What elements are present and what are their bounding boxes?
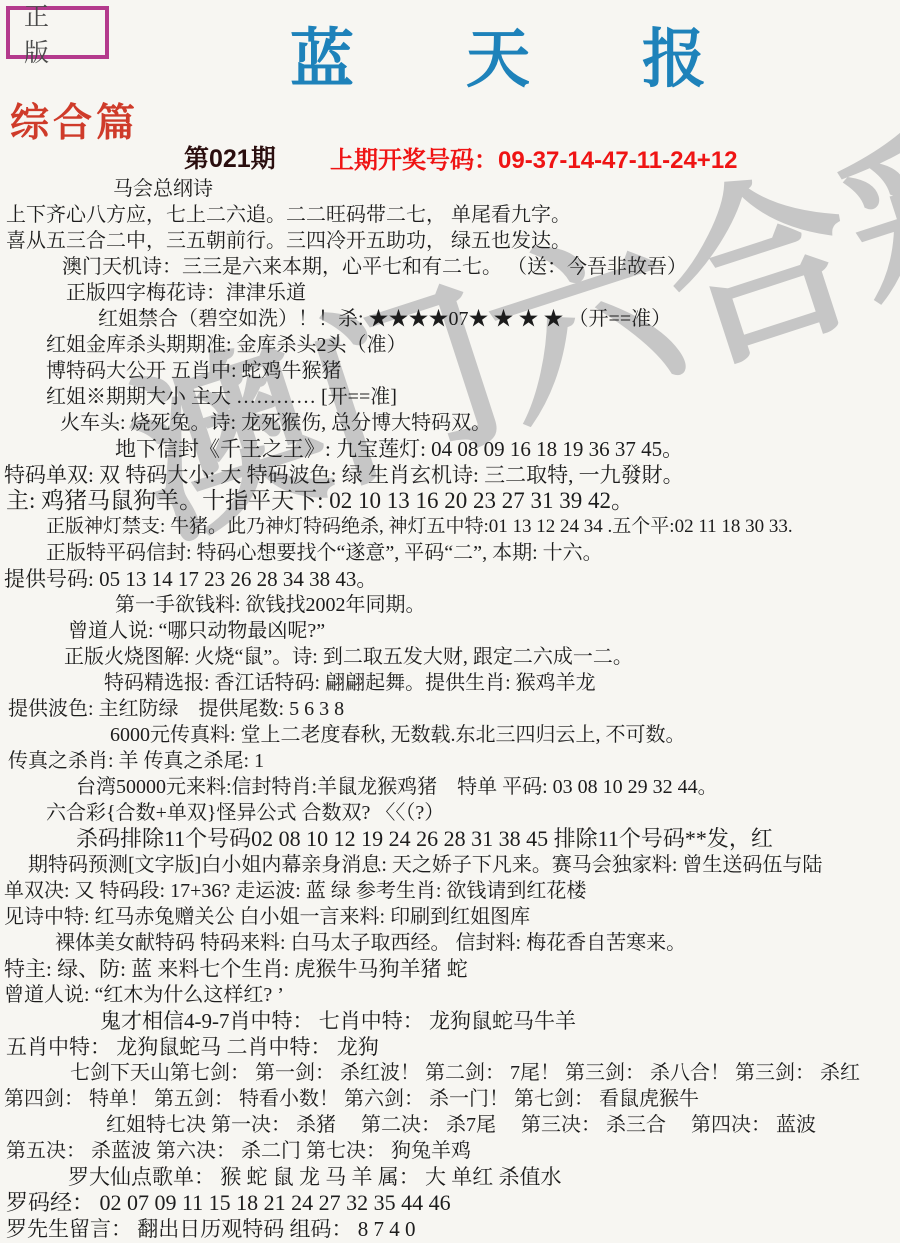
- text-line-26: 杀码排除11个号码02 08 10 12 19 24 26 28 31 38 4…: [0, 826, 900, 852]
- text-line-14: 正版神灯禁支: 牛猪。此乃神灯特码绝杀, 神灯五中特:01 13 12 24 3…: [0, 514, 900, 540]
- text-line-16: 提供号码: 05 13 14 17 23 26 28 34 38 43。: [0, 566, 900, 592]
- text-line-10: 火车头: 烧死兔。诗: 龙死猴伤, 总分博大特码双。: [0, 410, 900, 436]
- text-line-34: 五肖中特： 龙狗鼠蛇马 二肖中特： 龙狗: [0, 1034, 900, 1060]
- text-line-15: 正版特平码信封: 特码心想要找个“遂意”, 平码“二”, 本期: 十六。: [0, 540, 900, 566]
- text-line-28: 单双决: 又 特码段: 17+36? 走运波: 蓝 绿 参考生肖: 欲钱请到红花…: [0, 878, 900, 904]
- text-line-1: 马会总纲诗: [0, 176, 900, 202]
- last-draw-numbers: 上期开奖号码：09-37-14-47-11-24+12: [330, 140, 738, 175]
- text-line-23: 传真之杀肖: 羊 传真之杀尾: 1: [0, 748, 900, 774]
- text-line-4: 澳门天机诗：三三是六来本期，心平七和有二七。 （送：今吾非故吾）: [0, 254, 900, 280]
- section-heading: 综合篇: [10, 92, 139, 148]
- text-line-38: 第五决： 杀蓝波 第六决： 杀二门 第七决： 狗兔羊鸡: [0, 1138, 900, 1164]
- text-line-31: 特主: 绿、防: 蓝 来料七个生肖: 虎猴牛马狗羊猪 蛇: [0, 956, 900, 982]
- text-line-32: 曾道人说: “红木为什么这样红? ’: [0, 982, 900, 1008]
- text-line-19: 正版火烧图解: 火烧“鼠”。诗: 到二取五发大财, 跟定二六成一二。: [0, 644, 900, 670]
- body-text: 马会总纲诗上下齐心八方应，七上二六追。二二旺码带二七， 单尾看九字。喜从五三合二…: [0, 176, 900, 1242]
- text-line-2: 上下齐心八方应，七上二六追。二二旺码带二七， 单尾看九字。: [0, 202, 900, 228]
- text-line-41: 罗先生留言： 翻出日历观特码 组码： 8 7 4 0: [0, 1216, 900, 1242]
- text-line-6: 红姐禁合（碧空如洗）！！杀: ★★★★07★ ★ ★ ★ （开==准）: [0, 306, 900, 332]
- text-line-12: 特码单双: 双 特码大小: 大 特码波色: 绿 生肖玄机诗: 三二取特, 一九發…: [0, 462, 900, 488]
- text-line-39: 罗大仙点歌单： 猴 蛇 鼠 龙 马 羊 属： 大 单红 杀值水: [0, 1164, 900, 1190]
- text-line-7: 红姐金库杀头期期准: 金库杀头2头（准）: [0, 332, 900, 358]
- newspaper-page: 澳门六合彩 正 版 蓝 天 报 综合篇 第021期 上期开奖号码：09-37-1…: [0, 0, 900, 1243]
- text-line-3: 喜从五三合二中，三五朝前行。三四冷开五助功， 绿五也发达。: [0, 228, 900, 254]
- genuine-edition-badge: 正 版: [6, 6, 109, 59]
- text-line-21: 提供波色: 主红防绿 提供尾数: 5 6 3 8: [0, 696, 900, 722]
- text-line-20: 特码精选报: 香江话特码: 翩翩起舞。提供生肖: 猴鸡羊龙: [0, 670, 900, 696]
- newspaper-title: 蓝 天 报: [290, 8, 710, 100]
- text-line-37: 红姐特七决 第一决： 杀猪 第二决： 杀7尾 第三决： 杀三合 第四决： 蓝波: [0, 1112, 900, 1138]
- text-line-11: 地下信封《千王之王》: 九宝莲灯: 04 08 09 16 18 19 36 3…: [0, 436, 900, 462]
- text-line-24: 台湾50000元来料:信封特肖:羊鼠龙猴鸡猪 特单 平码: 03 08 10 2…: [0, 774, 900, 800]
- text-line-33: 鬼才相信4-9-7肖中特： 七肖中特： 龙狗鼠蛇马牛羊: [0, 1008, 900, 1034]
- text-line-30: 裸体美女献特码 特码来料: 白马太子取西经。 信封料: 梅花香自苦寒来。: [0, 930, 900, 956]
- text-line-5: 正版四字梅花诗：津津乐道: [0, 280, 900, 306]
- text-line-17: 第一手欲钱料: 欲钱找2002年同期。: [0, 592, 900, 618]
- text-line-35: 七剑下天山第七剑： 第一剑： 杀红波！ 第二剑： 7尾！ 第三剑： 杀八合！ 第…: [0, 1060, 900, 1086]
- text-line-9: 红姐※期期大小 主大 ………… [开==准]: [0, 384, 900, 410]
- text-line-8: 博特码大公开 五肖中: 蛇鸡牛猴猪: [0, 358, 900, 384]
- text-line-22: 6000元传真料: 堂上二老度春秋, 无数载.东北三四归云上, 不可数。: [0, 722, 900, 748]
- text-line-40: 罗码经： 02 07 09 11 15 18 21 24 27 32 35 44…: [0, 1190, 900, 1216]
- text-line-18: 曾道人说: “哪只动物最凶呢?”: [0, 618, 900, 644]
- text-line-25: 六合彩{合数+单双}怪异公式 合数双? 〈〈（?）: [0, 800, 900, 826]
- text-line-13: 主: 鸡猪马鼠狗羊。十指平天下: 02 10 13 16 20 23 27 31…: [0, 488, 900, 514]
- issue-number: 第021期: [184, 139, 276, 175]
- text-line-27: 期特码预测[文字版]白小姐内幕亲身消息: 天之娇子下凡来。赛马会独家料: 曾生送…: [0, 852, 900, 878]
- text-line-29: 见诗中特: 红马赤兔赠关公 白小姐一言来料: 印刷到红姐图库: [0, 904, 900, 930]
- text-line-36: 第四剑： 特单！ 第五剑： 特看小数！ 第六剑： 杀一门！ 第七剑： 看鼠虎猴牛: [0, 1086, 900, 1112]
